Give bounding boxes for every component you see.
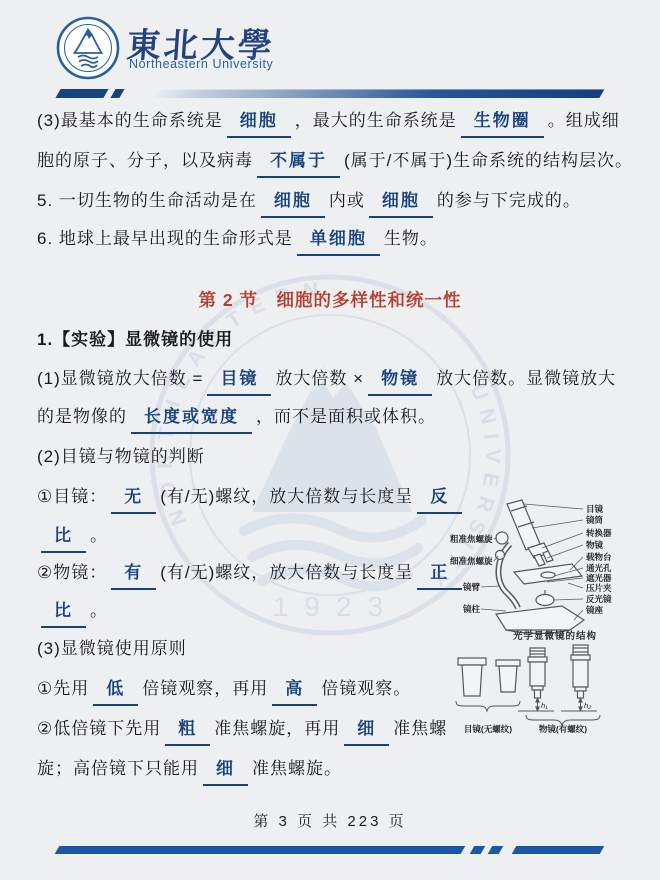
blank-answer: 细 xyxy=(344,714,389,746)
page-number: 第 3 页 共 223 页 xyxy=(0,810,660,831)
text-segment: (有/无)螺纹，放大倍数与长度呈 xyxy=(160,563,413,582)
section-heading: 第 2 节 细胞的多样性和统一性 xyxy=(37,283,623,317)
text-segment: (2)目镜与物镜的判断 xyxy=(37,447,205,466)
text-line: 6. 地球上最早出现的生命形式是单细胞生物。 xyxy=(37,222,627,256)
label-objective-group: 物镜(有螺纹) xyxy=(539,724,587,734)
text-segment: (属于/不属于)生命系统的结构层次。 xyxy=(344,151,633,170)
blank-answer: 无 xyxy=(111,482,156,514)
label-stage: 载物台 xyxy=(586,552,612,562)
blank-answer: 单细胞 xyxy=(297,224,380,256)
label-fine-focus: 细准焦螺旋 xyxy=(450,556,493,566)
blank-answer: 细 xyxy=(203,754,248,786)
figure-part-labels-right: 目镜 镜筒 转换器 物镜 载物台 通光孔 遮光器 压片夹 反光镜 镜座 xyxy=(586,504,612,615)
blank-answer: 粗 xyxy=(165,714,210,746)
text-segment: 第 2 节 细胞的多样性和统一性 xyxy=(199,290,462,310)
blank-answer: 低 xyxy=(93,674,138,706)
text-segment: ①先用 xyxy=(37,679,89,698)
label-aperture: 通光孔 xyxy=(586,563,612,573)
blank-answer: 不属于 xyxy=(257,146,340,178)
blank-answer: 生物圈 xyxy=(461,106,544,138)
text-segment: 胞的原子、分子，以及病毒 xyxy=(37,151,253,170)
footer-divider-bar-long xyxy=(55,846,466,854)
text-segment: ，而不是面积或体积。 xyxy=(256,407,436,426)
blank-answer: 有 xyxy=(111,558,156,590)
text-segment: 1.【实验】显微镜的使用 xyxy=(37,330,233,349)
label-objective: 物镜 xyxy=(586,540,604,550)
text-segment: 生物。 xyxy=(384,229,438,248)
text-segment: 旋；高倍镜下只能用 xyxy=(37,759,199,778)
blank-answer: 高 xyxy=(272,674,317,706)
text-line: 5. 一切生物的生命活动是在细胞内或细胞的参与下完成的。 xyxy=(37,184,627,218)
blank-answer: 比 xyxy=(41,521,86,553)
text-line: 胞的原子、分子，以及病毒不属于(属于/不属于)生命系统的结构层次。 xyxy=(37,144,627,178)
figure-part-labels-left: 粗准焦螺旋 细准焦螺旋 镜臂 镜柱 xyxy=(450,534,493,614)
text-line: (1)显微镜放大倍数 =目镜放大倍数 ×物镜放大倍数。显微镜放大 xyxy=(37,362,627,396)
label-tube: 镜筒 xyxy=(586,515,604,525)
figure-leader-lines xyxy=(481,504,583,620)
text-segment: 6. 地球上最早出现的生命形式是 xyxy=(37,229,293,248)
label-coarse-focus: 粗准焦螺旋 xyxy=(450,534,493,544)
text-segment: 内或 xyxy=(329,191,365,210)
text-line: (2)目镜与物镜的判断 xyxy=(37,440,627,474)
text-segment: 。 xyxy=(90,601,108,620)
label-stage-clips: 压片夹 xyxy=(586,583,612,593)
text-segment: 。组成细 xyxy=(548,111,620,130)
blank-answer: 细胞 xyxy=(261,186,325,218)
text-segment: 准焦螺 xyxy=(393,719,447,738)
label-diaphragm: 遮光器 xyxy=(586,573,612,583)
label-pillar: 镜柱 xyxy=(463,604,481,614)
text-segment: ②物镜： xyxy=(37,563,107,582)
label-h1: h₁ xyxy=(541,701,548,710)
lens-diagram-icon xyxy=(456,645,600,725)
figure-caption: 光学显微镜的结构 xyxy=(513,630,597,642)
text-segment: 倍镜观察。 xyxy=(321,679,411,698)
text-line: 1.【实验】显微镜的使用 xyxy=(37,323,627,357)
text-segment: 的是物像的 xyxy=(37,407,127,426)
text-segment: 的参与下完成的。 xyxy=(437,191,581,210)
text-segment: (3)显微镜使用原则 xyxy=(37,639,187,658)
blank-answer: 细胞 xyxy=(227,106,291,138)
blank-answer: 目镜 xyxy=(207,364,271,396)
label-mirror: 反光镜 xyxy=(586,594,612,604)
label-nosepiece: 转换器 xyxy=(586,528,612,538)
text-line: (3)最基本的生命系统是细胞，最大的生命系统是生物圈。组成细 xyxy=(37,104,627,138)
microscope-drawing-icon xyxy=(496,500,585,634)
text-segment: ②低倍镜下先用 xyxy=(37,719,161,738)
text-segment: (3)最基本的生命系统是 xyxy=(37,111,223,130)
text-segment: (1)显微镜放大倍数 = xyxy=(37,369,203,388)
label-base: 镜座 xyxy=(586,605,604,615)
blank-answer: 物镜 xyxy=(368,364,432,396)
text-segment: 倍镜观察，再用 xyxy=(142,679,268,698)
microscope-figure: 目镜 镜筒 转换器 物镜 载物台 通光孔 遮光器 压片夹 反光镜 镜座 粗准焦螺… xyxy=(450,498,660,760)
text-segment: 放大倍数。显微镜放大 xyxy=(436,369,616,388)
blank-answer: 细胞 xyxy=(369,186,433,218)
label-eyepiece: 目镜 xyxy=(586,504,604,514)
text-segment: 准焦螺旋，再用 xyxy=(214,719,340,738)
text-segment: ，最大的生命系统是 xyxy=(295,111,457,130)
blank-answer: 比 xyxy=(41,596,86,628)
text-segment: ①目镜： xyxy=(37,487,107,506)
text-segment: (有/无)螺纹，放大倍数与长度呈 xyxy=(160,487,413,506)
text-segment: 放大倍数 × xyxy=(275,369,364,388)
label-arm: 镜臂 xyxy=(463,582,481,592)
text-segment: 5. 一切生物的生命活动是在 xyxy=(37,191,257,210)
blank-answer: 长度或宽度 xyxy=(131,402,252,434)
text-line: 的是物像的长度或宽度，而不是面积或体积。 xyxy=(37,400,627,434)
label-h2: h₂ xyxy=(584,701,591,710)
footer-divider-bar-right xyxy=(512,846,605,854)
text-segment: 准焦螺旋。 xyxy=(252,759,342,778)
text-segment: 。 xyxy=(90,526,108,545)
label-eyepiece-group: 目镜(无螺纹) xyxy=(464,724,512,734)
